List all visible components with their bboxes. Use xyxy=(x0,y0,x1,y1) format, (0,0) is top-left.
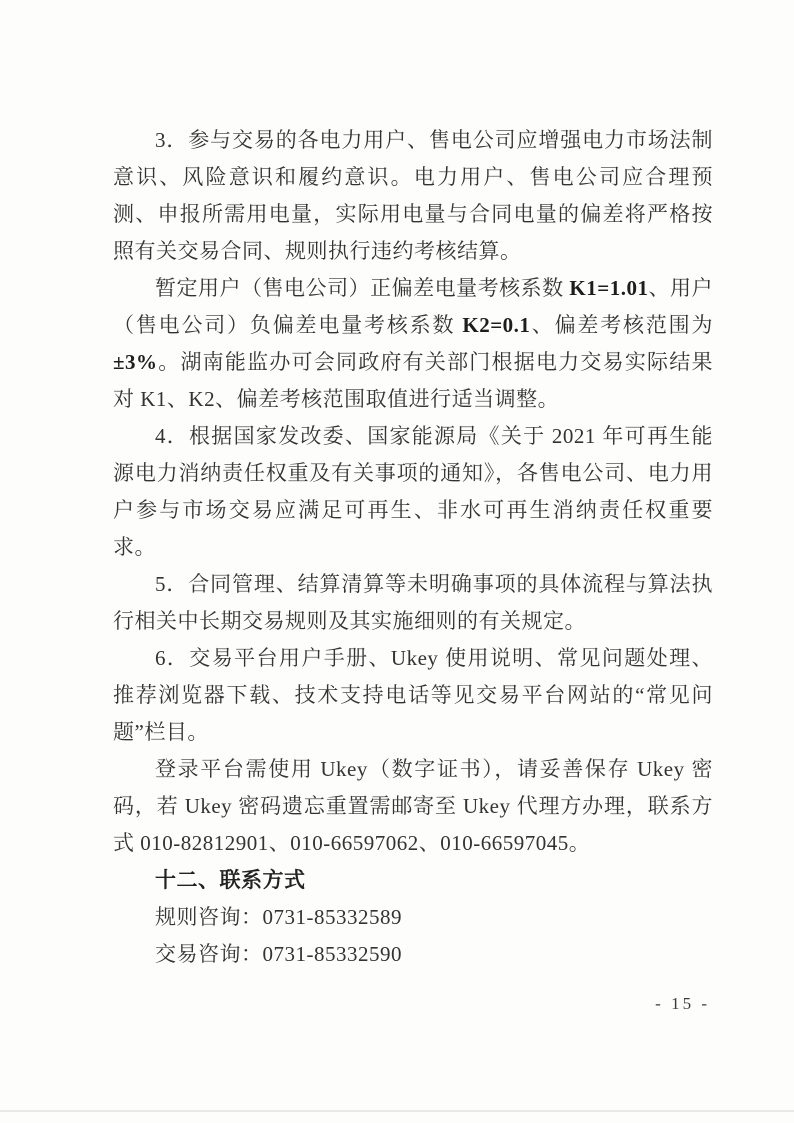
text-run: 4．根据国家发改委、国家能源局《关于 2021 年可再生能源电力消纳责任权重及有… xyxy=(113,424,713,559)
page-number: - 15 - xyxy=(655,994,710,1014)
bold-text-run: K2=0.1 xyxy=(462,313,530,337)
paragraph-item-5: 5．合同管理、结算清算等未明确事项的具体流程与算法执行相关中长期交易规则及其实施… xyxy=(113,566,713,640)
text-run: 交易咨询：0731-85332590 xyxy=(155,942,402,966)
paragraph-section-12-heading: 十二、联系方式 xyxy=(113,862,713,899)
text-run: 3．参与交易的各电力用户、售电公司应增强电力市场法制意识、风险意识和履约意识。电… xyxy=(113,128,713,263)
text-run: 十二、联系方式 xyxy=(155,869,306,892)
text-run: 登录平台需使用 Ukey（数字证书），请妥善保存 Ukey 密码，若 Ukey … xyxy=(113,757,713,855)
paragraph-ukey-login: 登录平台需使用 Ukey（数字证书），请妥善保存 Ukey 密码，若 Ukey … xyxy=(113,751,713,862)
bold-text-run: K1=1.01 xyxy=(569,276,648,300)
paragraph-deviation-assessment: 暂定用户（售电公司）正偏差电量考核系数 K1=1.01、用户（售电公司）负偏差电… xyxy=(113,270,713,418)
text-run: 、偏差考核范围为 xyxy=(530,313,713,337)
text-run: 5．合同管理、结算清算等未明确事项的具体流程与算法执行相关中长期交易规则及其实施… xyxy=(113,572,713,633)
paragraph-item-3: 3．参与交易的各电力用户、售电公司应增强电力市场法制意识、风险意识和履约意识。电… xyxy=(113,122,713,270)
text-run: 。湖南能监办可会同政府有关部门根据电力交易实际结果对 K1、K2、偏差考核范围取… xyxy=(113,350,713,411)
paragraph-contact-rules: 规则咨询：0731-85332589 xyxy=(113,899,713,936)
document-page: 3．参与交易的各电力用户、售电公司应增强电力市场法制意识、风险意识和履约意识。电… xyxy=(0,0,794,1123)
text-run: 规则咨询：0731-85332589 xyxy=(155,905,402,929)
text-run: 暂定用户（售电公司）正偏差电量考核系数 xyxy=(155,276,569,300)
paragraph-item-6: 6．交易平台用户手册、Ukey 使用说明、常见问题处理、推荐浏览器下载、技术支持… xyxy=(113,640,713,751)
text-run: 6．交易平台用户手册、Ukey 使用说明、常见问题处理、推荐浏览器下载、技术支持… xyxy=(113,646,713,744)
paragraph-contact-trading: 交易咨询：0731-85332590 xyxy=(113,936,713,973)
document-body: 3．参与交易的各电力用户、售电公司应增强电力市场法制意识、风险意识和履约意识。电… xyxy=(113,122,713,973)
bold-text-run: ±3% xyxy=(113,350,158,374)
paragraph-item-4: 4．根据国家发改委、国家能源局《关于 2021 年可再生能源电力消纳责任权重及有… xyxy=(113,418,713,566)
scan-artifact-line xyxy=(0,1110,794,1112)
